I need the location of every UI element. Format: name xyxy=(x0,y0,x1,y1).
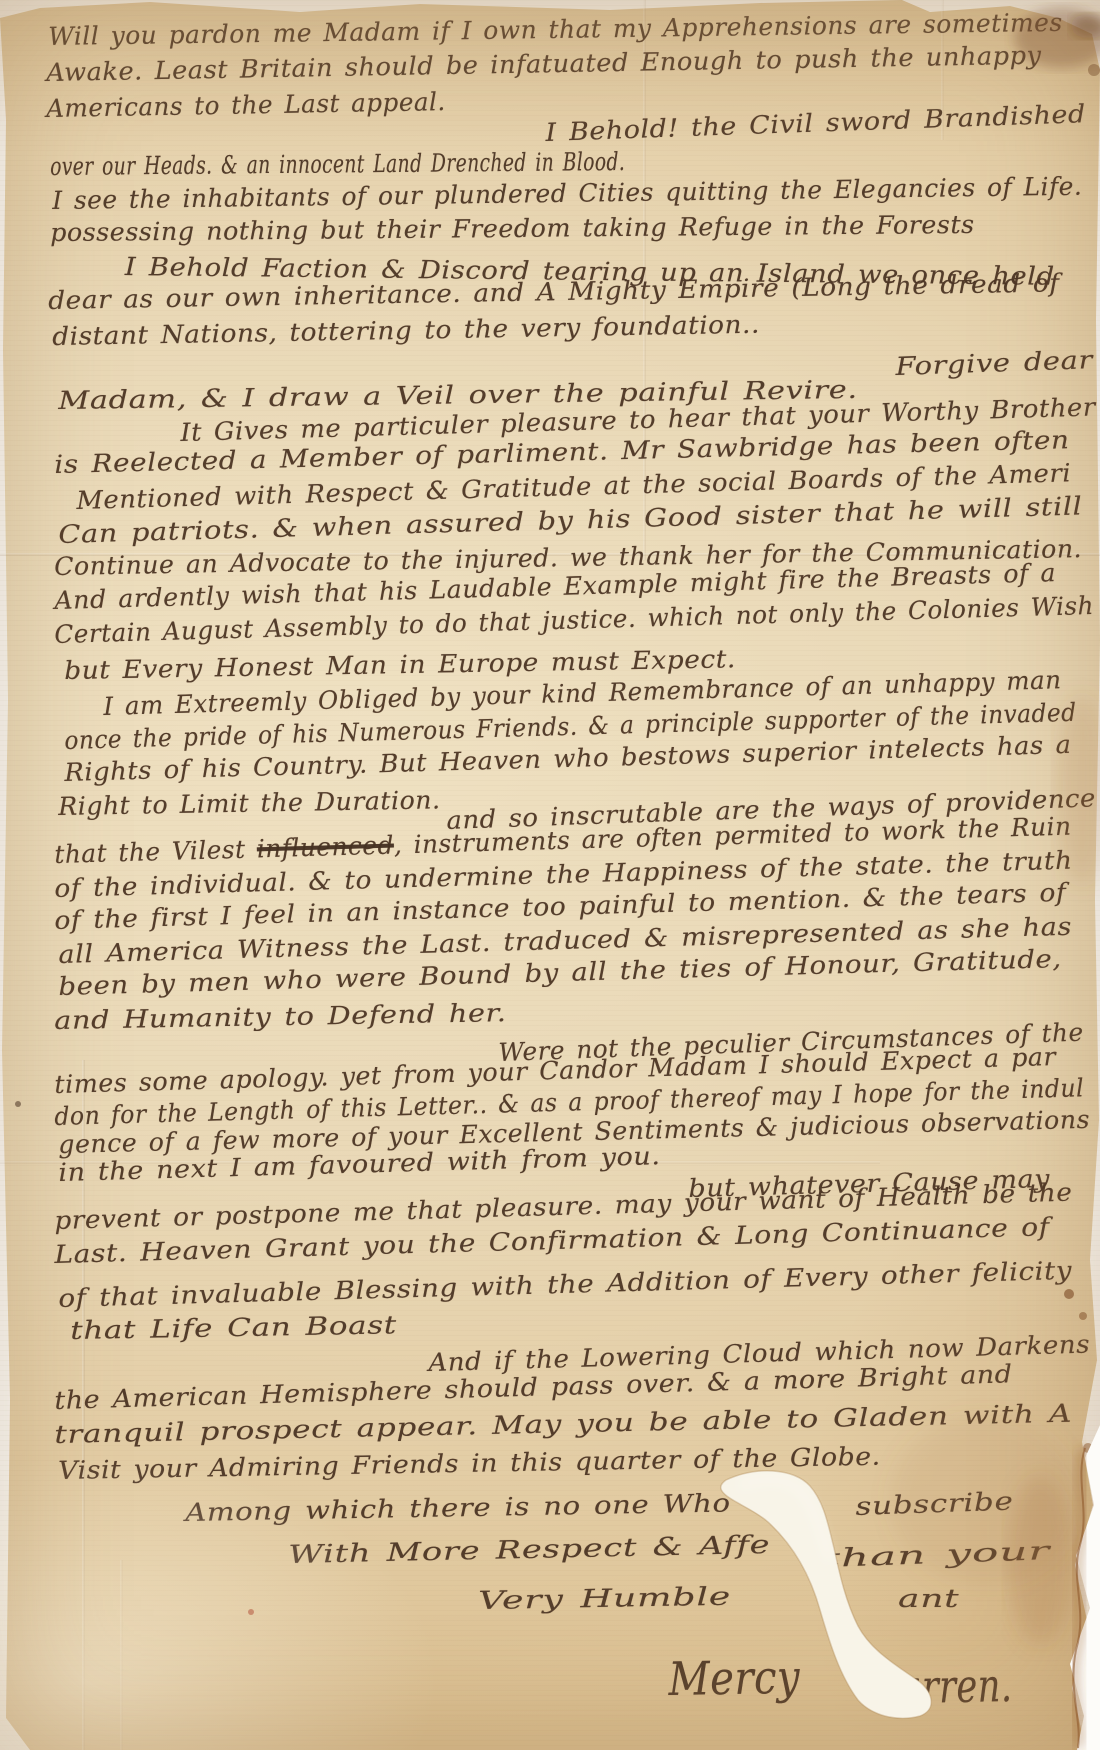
signature-line: arren. xyxy=(900,1658,1013,1714)
line-text: over our Heads. & an innocent Land Drenc… xyxy=(50,147,625,181)
line-text: I Behold! the Civil sword Brandished xyxy=(545,99,1086,147)
line-text: subscribe xyxy=(855,1486,1014,1520)
letter-body: Will you pardon me Madam if I own that m… xyxy=(0,0,1100,1750)
letter-line: that Life Can Boast xyxy=(70,1310,397,1345)
letter-line: Americans to the Last appeal. xyxy=(46,87,446,123)
line-text: With More Respect & Affe xyxy=(288,1530,771,1569)
letter-line: possessing nothing but their Freedom tak… xyxy=(50,210,975,247)
letter-line: subscribe xyxy=(855,1486,1014,1520)
letter-line: and Humanity to Defend her. xyxy=(54,998,507,1035)
letter-line: over our Heads. & an innocent Land Drenc… xyxy=(50,147,625,181)
line-text: arren. xyxy=(900,1658,1013,1714)
line-text: Visit your Admiring Friends in this quar… xyxy=(58,1442,881,1485)
line-text: Mercy xyxy=(668,1650,801,1706)
line-text: Right to Limit the Duration. xyxy=(58,785,441,821)
letter-line: Visit your Admiring Friends in this quar… xyxy=(58,1442,881,1485)
line-text: that Life Can Boast xyxy=(70,1310,397,1345)
line-text: Americans to the Last appeal. xyxy=(46,87,446,123)
letter-line: distant Nations, tottering to the very f… xyxy=(52,310,760,351)
line-text: Very Humble xyxy=(478,1582,731,1615)
letter-line: than your xyxy=(822,1536,1051,1573)
line-text: possessing nothing but their Freedom tak… xyxy=(50,210,975,247)
struck-word: influenced xyxy=(256,831,394,864)
manuscript-photo: Will you pardon me Madam if I own that m… xyxy=(0,0,1100,1750)
letter-line: Forgive dear xyxy=(895,345,1093,381)
line-text: Among which there is no one Who xyxy=(185,1488,731,1527)
letter-line: I Behold! the Civil sword Brandished xyxy=(545,99,1086,147)
letter-line: Among which there is no one Who xyxy=(185,1488,731,1527)
line-text: distant Nations, tottering to the very f… xyxy=(52,310,760,351)
line-text: ant xyxy=(898,1584,959,1613)
line-text: than your xyxy=(822,1536,1051,1573)
letter-line: Right to Limit the Duration. xyxy=(58,785,441,821)
line-text: and Humanity to Defend her. xyxy=(54,998,507,1035)
line-text: that the Vilest xyxy=(54,834,257,869)
letter-line: Very Humble xyxy=(478,1582,731,1615)
letter-line: ant xyxy=(898,1584,959,1613)
letter-line: With More Respect & Affe xyxy=(288,1530,771,1569)
signature-line: Mercy xyxy=(668,1650,801,1706)
line-text: Forgive dear xyxy=(895,345,1093,381)
